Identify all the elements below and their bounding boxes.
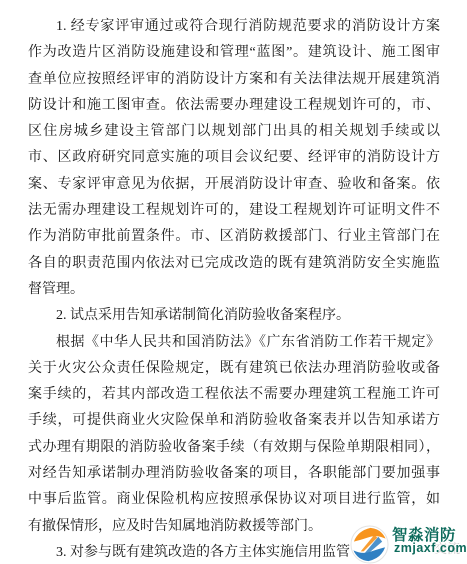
text-line: 防设计和施工图审查。依法需要办理建设工程规划许可的，市、: [28, 93, 440, 119]
text-line: 中事后监管。商业保险机构应按照承保协议对项目进行监管，如: [28, 487, 440, 513]
zhimiao-fire-logo-icon: [350, 525, 389, 564]
watermark-domain: zmjaxf.com: [394, 541, 467, 555]
watermark: 交流 智淼消防 zmjaxf.com: [346, 521, 467, 564]
document-body: 1. 经专家评审通过或符合现行消防规范要求的消防设计方案作为改造片区消防设施建设…: [28, 14, 440, 564]
text-line: 案手续的，若其内部改造工程依法不需要办理建筑工程施工许可: [28, 382, 440, 408]
text-line: 作为改造片区消防设施建设和管理“蓝图”。建筑设计、施工图审: [28, 40, 440, 66]
text-line: 关于火灾公众责任保险规定，既有建筑已依法办理消防验收或备: [28, 356, 440, 382]
text-line: 区住房城乡建设主管部门以规划部门出具的相关规划手续或以: [28, 119, 440, 145]
text-line: 作为消防审批前置条件。市、区消防救援部门、行业主管部门在: [28, 224, 440, 250]
text-line: 查单位应按照经评审的消防设计方案和有关法律法规开展建筑消: [28, 67, 440, 93]
text-line: 1. 经专家评审通过或符合现行消防规范要求的消防设计方案: [28, 14, 440, 40]
text-line: 根据《中华人民共和国消防法》《广东省消防工作若干规定》: [28, 330, 440, 356]
text-line: 法无需办理建设工程规划许可的，建设工程规划许可证明文件不: [28, 198, 440, 224]
text-line: 对经告知承诺制办理消防验收备案的项目，各职能部门要加强事: [28, 461, 440, 487]
text-line: 案、专家评审意见为依据，开展消防设计审查、验收和备案。依: [28, 172, 440, 198]
text-line: 督管理。: [28, 277, 440, 303]
text-line: 各自的职责范围内依法对已完成改造的既有建筑消防安全实施监: [28, 251, 440, 277]
text-line: 手续，可提供商业火灾险保单和消防验收备案表并以告知承诺方: [28, 408, 440, 434]
document-page: 1. 经专家评审通过或符合现行消防规范要求的消防设计方案作为改造片区消防设施建设…: [0, 0, 467, 564]
text-line: 2. 试点采用告知承诺制简化消防验收备案程序。: [28, 303, 440, 329]
text-line: 式办理有期限的消防验收备案手续（有效期与保险单期限相同），: [28, 435, 440, 461]
text-line: 市、区政府研究同意实施的项目会议纪要、经评审的消防设计方: [28, 145, 440, 171]
